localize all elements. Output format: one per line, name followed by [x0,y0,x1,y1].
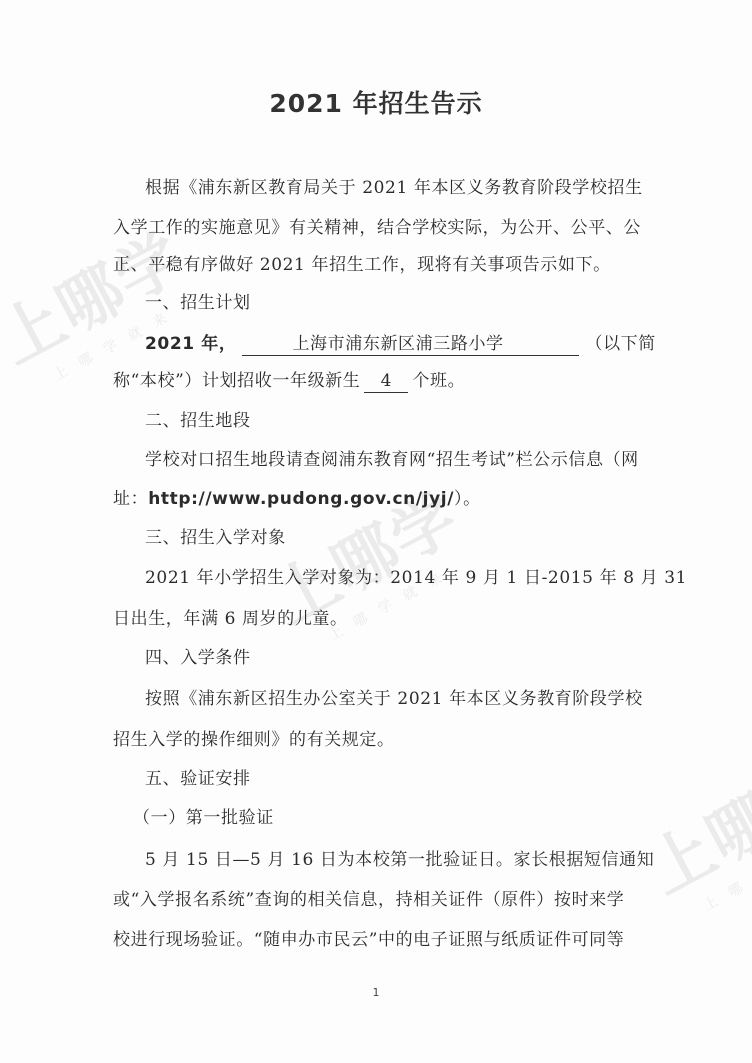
class-count-field: 4 [364,370,408,393]
enrollment-plan-line-1: 2021 年， 上海市浦东新区浦三路小学 （以下简 [145,332,648,356]
intro-line-1: 根据《浦东新区教育局关于 2021 年本区义务教育阶段学校招生 [145,176,648,200]
verification-line-2: 或“入学报名系统”查询的相关信息，持相关证件（原件）按时来学 [113,888,648,912]
subheading-first-verification: （一）第一批验证 [133,806,668,830]
section-heading-verification: 五、验证安排 [145,767,648,791]
section-heading-enrollment-zone: 二、招生地段 [145,409,648,433]
eligible-children-line-2: 日出生，年满 6 周岁的儿童。 [113,607,648,631]
section-heading-eligible-children: 三、招生入学对象 [145,526,648,550]
intro-line-2: 入学工作的实施意见》有关精神，结合学校实际，为公开、公平、公 [113,216,648,240]
intro-line-3: 正、平稳有序做好 2021 年招生工作，现将有关事项告示如下。 [113,253,648,277]
verification-line-1: 5 月 15 日—5 月 16 日为本校第一批验证日。家长根据短信通知 [145,848,648,872]
watermark: 上哪学 上哪学就来 [630,737,752,929]
enrollment-zone-line-2: 址：http://www.pudong.gov.cn/jyj/）。 [113,487,648,511]
page-number: 1 [0,986,752,999]
document-page: 上哪学 上哪学就来 上哪学 上哪学就来 上哪学 上哪学就来 2021 年招生告示… [0,0,752,1063]
verification-line-3: 校进行现场验证。“随申办市民云”中的电子证照与纸质证件可同等 [113,928,648,952]
section-heading-enrollment-plan: 一、招生计划 [145,291,648,315]
enrollment-plan-line-2: 称“本校”）计划招收一年级新生4个班。 [113,369,648,393]
enrollment-zone-line-1: 学校对口招生地段请查阅浦东教育网“招生考试”栏公示信息（网 [145,448,648,472]
school-name-field: 上海市浦东新区浦三路小学 [242,333,579,356]
admission-conditions-line-1: 按照《浦东新区招生办公室关于 2021 年本区义务教育阶段学校 [145,687,648,711]
eligible-children-line-1: 2021 年小学招生入学对象为：2014 年 9 月 1 日-2015 年 8 … [145,566,648,590]
section-heading-admission-conditions: 四、入学条件 [145,646,648,670]
document-title: 2021 年招生告示 [0,84,752,120]
admission-conditions-line-2: 招生入学的操作细则》的有关规定。 [113,728,648,752]
pudong-education-link[interactable]: http://www.pudong.gov.cn/jyj/ [148,489,454,509]
